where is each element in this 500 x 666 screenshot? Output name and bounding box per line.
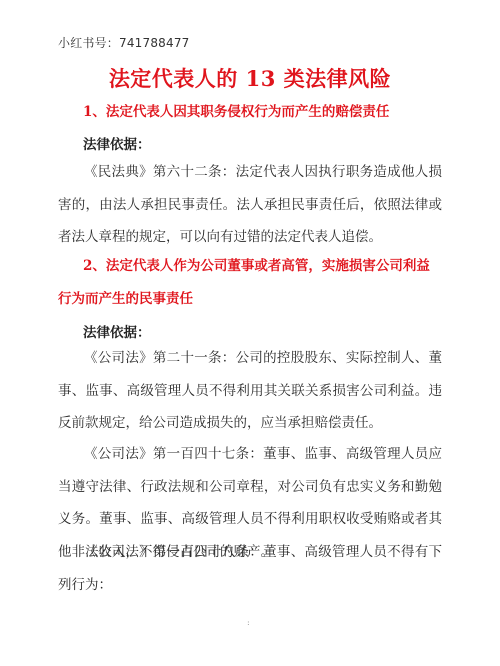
section-1-basis-label: 法律依据： — [83, 133, 151, 153]
section-2-paragraph-3: 《公司法》第一百四十八条：董事、高级管理人员不得有下列行为： — [58, 536, 442, 601]
document-title: 法定代表人的 13 类法律风险 — [0, 63, 500, 93]
section-1-heading-text: 1、法定代表人因其职务侵权行为而产生的赔偿责任 — [83, 104, 389, 120]
xiaohongshu-account-id: 小红书号：741788477 — [58, 34, 190, 51]
page-marker: : — [247, 618, 250, 627]
section-2-basis-label: 法律依据： — [83, 321, 151, 341]
section-2-paragraph-1: 《公司法》第二十一条：公司的控股股东、实际控制人、董事、监事、高级管理人员不得利… — [58, 342, 442, 440]
section-1-heading: 1、法定代表人因其职务侵权行为而产生的赔偿责任 — [58, 97, 442, 127]
section-1-paragraph-1: 《民法典》第六十二条：法定代表人因执行职务造成他人损害的，由法人承担民事责任。法… — [58, 156, 442, 254]
section-2-heading: 2、法定代表人作为公司董事或者高管，实施损害公司利益行为而产生的民事责任 — [58, 250, 442, 316]
